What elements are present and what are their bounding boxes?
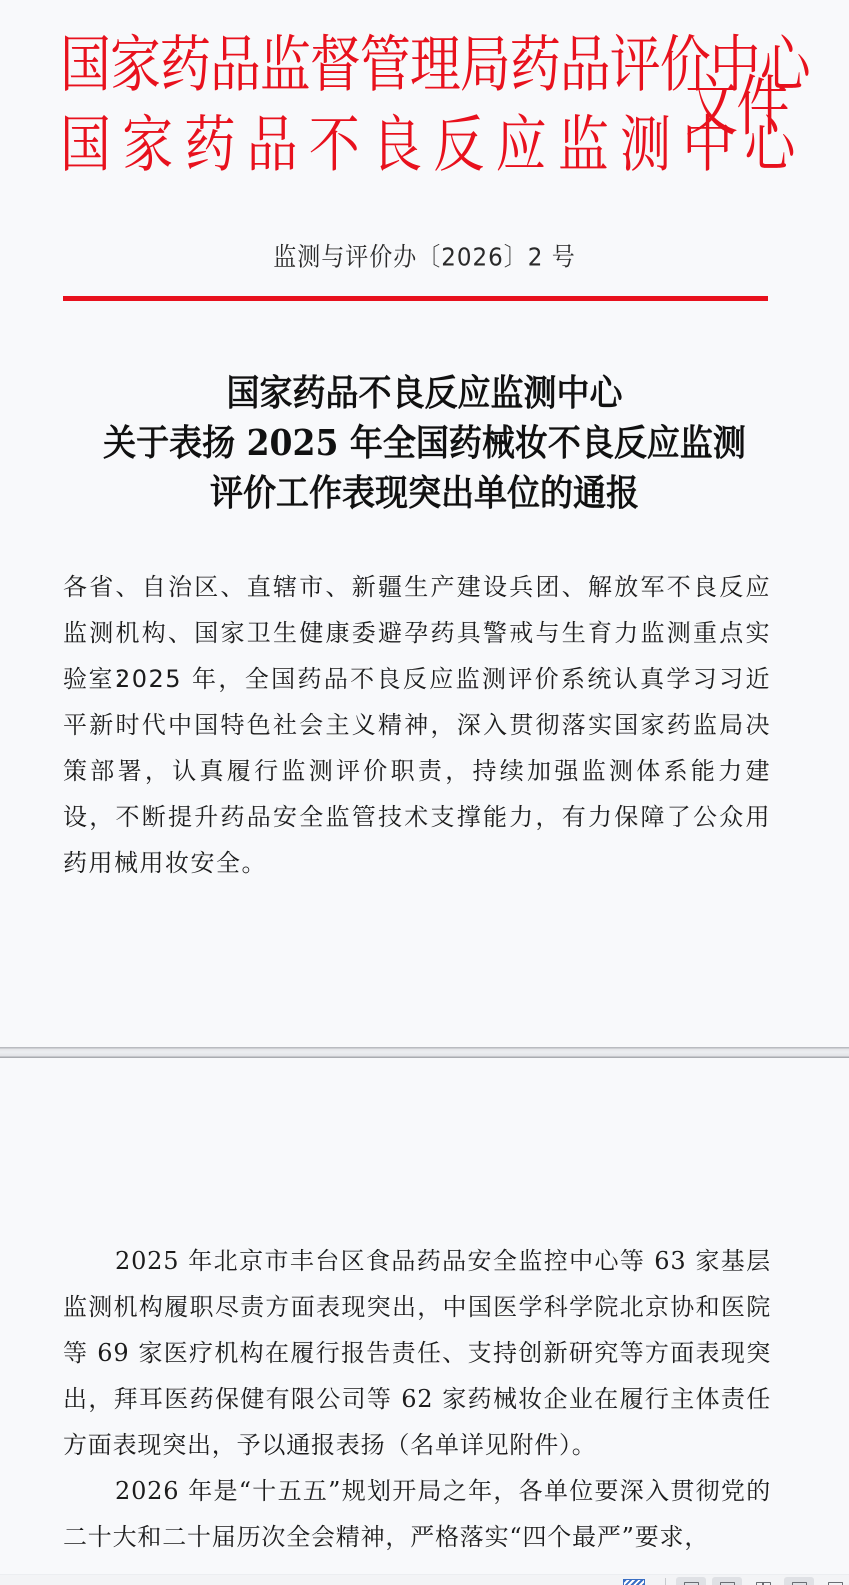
title-line-3: 评价工作表现突出单位的通报 (0, 466, 849, 520)
body-paragraph-3: 2026 年是“十五五”规划开局之年，各单位要深入贯彻党的二十大和二十届历次全会… (63, 1468, 771, 1560)
paragraph-text: 2025 年，全国药品不良反应监测评价系统认真学习习近平新时代中国特色社会主义精… (63, 656, 771, 886)
red-divider-rule (63, 296, 768, 301)
title-line-1: 国家药品不良反应监测中心 (0, 366, 849, 420)
red-header-masthead: 国家药品监督管理局药品评价中心 国家药品不良反应监测中心 文件 (60, 30, 780, 190)
document-title: 国家药品不良反应监测中心 关于表扬 2025 年全国药械妆不良反应监测 评价工作… (0, 368, 849, 518)
title-line-2: 关于表扬 2025 年全国药械妆不良反应监测 (0, 416, 849, 470)
continuous-view-icon[interactable] (712, 1577, 742, 1585)
document-number: 监测与评价办〔2026〕2 号 (0, 242, 849, 275)
annotation-hatch-icon[interactable] (623, 1579, 645, 1585)
paragraph-text: 2025 年北京市丰台区食品药品安全监控中心等 63 家基层监测机构履职尽责方面… (63, 1238, 771, 1468)
fit-width-icon[interactable] (784, 1577, 814, 1585)
single-page-view-icon[interactable] (676, 1577, 706, 1585)
body-paragraph-1: 2025 年，全国药品不良反应监测评价系统认真学习习近平新时代中国特色社会主义精… (63, 656, 771, 886)
body-paragraph-2: 2025 年北京市丰台区食品药品安全监控中心等 63 家基层监测机构履职尽责方面… (63, 1238, 771, 1468)
document-page-1: 国家药品监督管理局药品评价中心 国家药品不良反应监测中心 文件 监测与评价办〔2… (0, 0, 849, 1047)
fit-page-icon[interactable] (820, 1577, 849, 1585)
paragraph-text: 2026 年是“十五五”规划开局之年，各单位要深入贯彻党的二十大和二十届历次全会… (63, 1468, 771, 1560)
viewer-bottom-toolbar (0, 1574, 849, 1585)
page-break-separator (0, 1047, 849, 1058)
toolbar-divider (665, 1578, 666, 1585)
document-page-2: 2025 年北京市丰台区食品药品安全监控中心等 63 家基层监测机构履职尽责方面… (0, 1058, 849, 1574)
masthead-suffix: 文件 (685, 70, 788, 146)
two-page-view-icon[interactable] (748, 1577, 778, 1585)
document-viewer: 国家药品监督管理局药品评价中心 国家药品不良反应监测中心 文件 监测与评价办〔2… (0, 0, 849, 1585)
